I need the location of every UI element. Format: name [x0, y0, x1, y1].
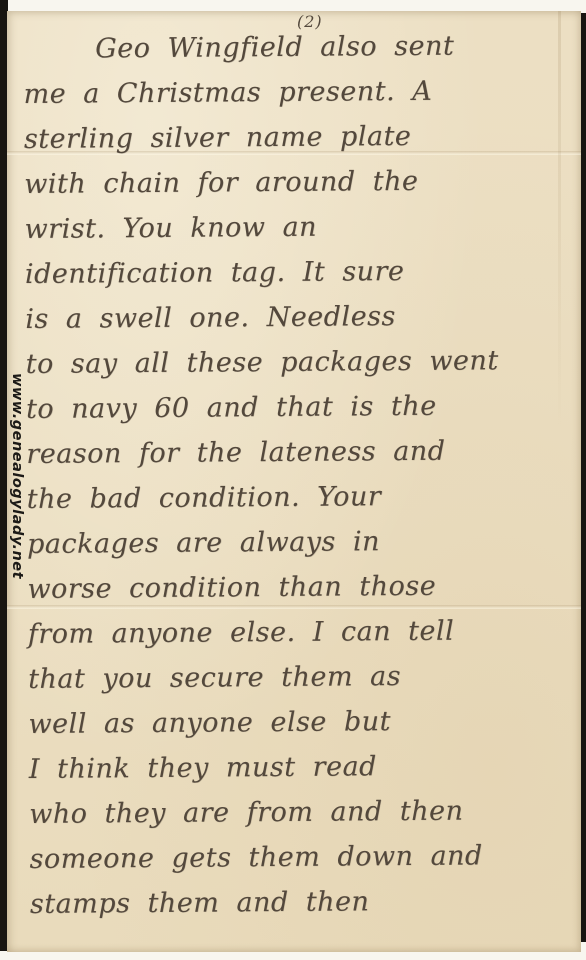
watermark: www.genealogylady.net	[9, 373, 25, 579]
handwritten-line: wrist. You know an	[24, 203, 574, 252]
handwritten-line: stamps them and then	[30, 878, 580, 927]
scan-edge-right	[581, 13, 586, 942]
handwritten-line: who they are from and then	[29, 788, 579, 837]
letter-body: Geo Wingfield also sent me a Christmas p…	[23, 23, 580, 927]
letter-page: (2) www.genealogylady.net Geo Wingfield …	[7, 11, 581, 952]
handwritten-line: to say all these packages went	[25, 338, 575, 387]
handwritten-line: reason for the lateness and	[26, 428, 576, 477]
handwritten-line: with chain for around the	[24, 158, 574, 207]
handwritten-line: that you secure them as	[28, 653, 578, 702]
handwritten-line: from anyone else. I can tell	[28, 608, 578, 657]
handwritten-line: worse condition than those	[27, 563, 577, 612]
handwritten-line: well as anyone else but	[28, 698, 578, 747]
handwritten-line: the bad condition. Your	[27, 473, 577, 522]
handwritten-line: packages are always in	[27, 518, 577, 567]
handwritten-line: is a swell one. Needless	[25, 293, 575, 342]
handwritten-line: sterling silver name plate	[24, 113, 574, 162]
handwritten-line: I think they must read	[29, 743, 579, 792]
handwritten-line: me a Christmas present. A	[23, 68, 573, 117]
scanned-document: (2) www.genealogylady.net Geo Wingfield …	[0, 0, 586, 960]
handwritten-line: Geo Wingfield also sent	[23, 23, 573, 72]
handwritten-line: someone gets them down and	[29, 833, 579, 882]
handwritten-line: to navy 60 and that is the	[26, 383, 576, 432]
handwritten-line: identification tag. It sure	[25, 248, 575, 297]
